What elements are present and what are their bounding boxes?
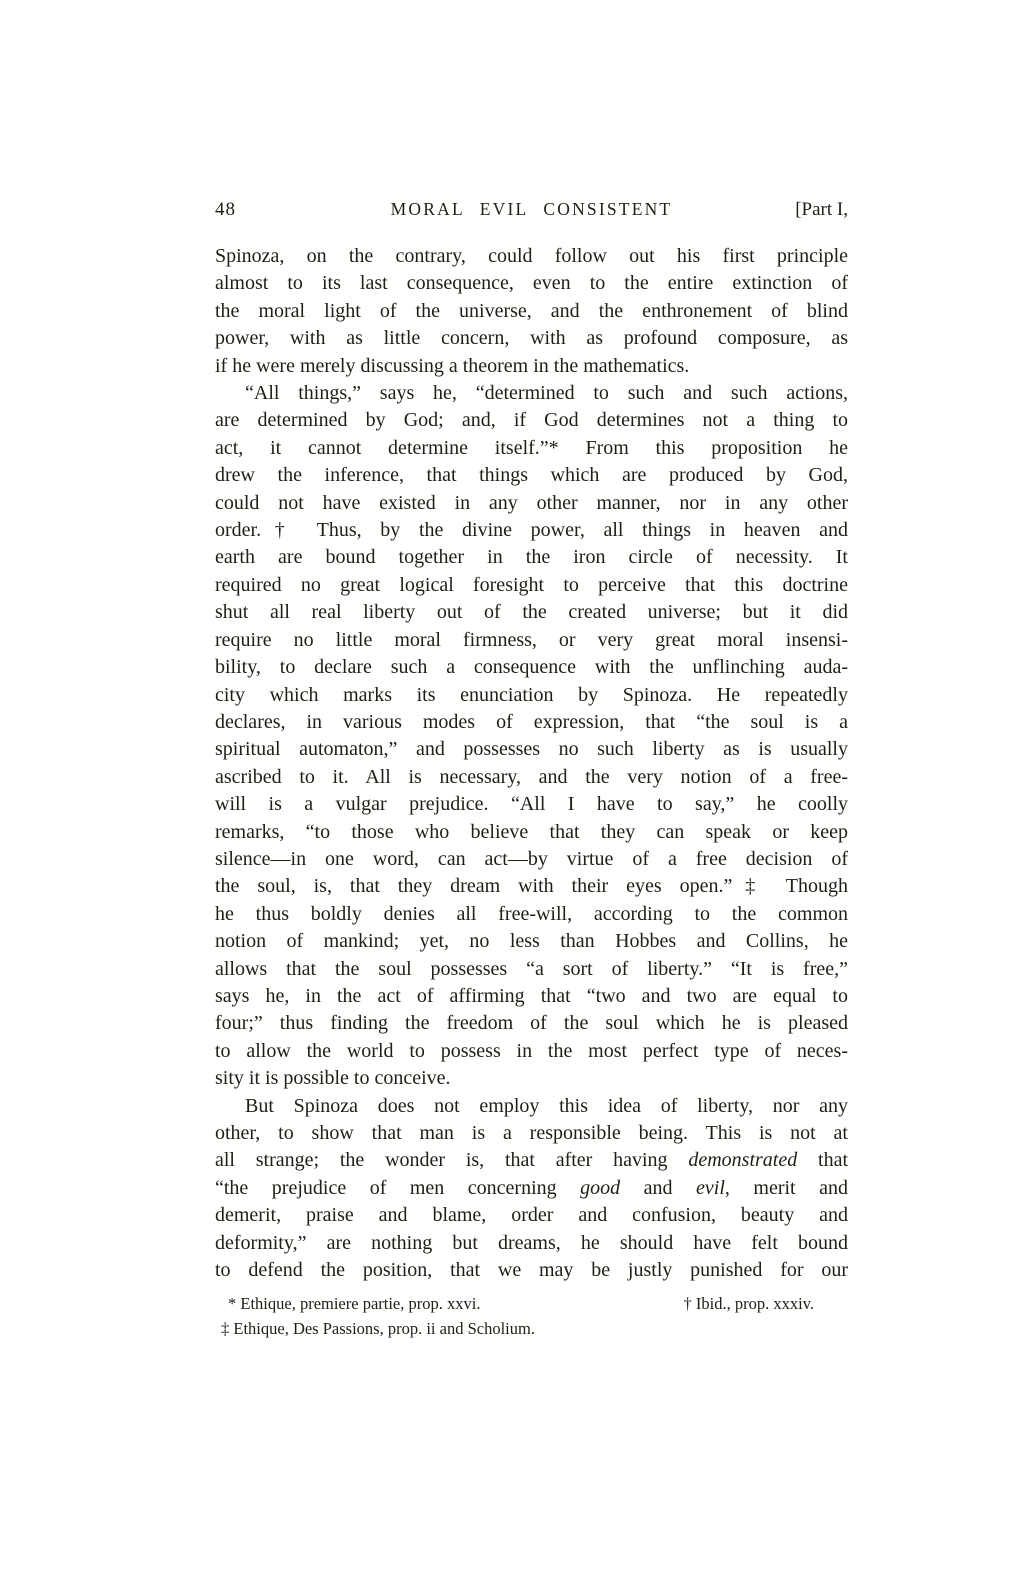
text-line: power, with as little concern, with as p… (215, 325, 848, 352)
paragraph: Spinoza, on the contrary, could follow o… (215, 243, 848, 380)
text-line: spiritual automaton,” and possesses no s… (215, 736, 848, 763)
footnote-dagger: † Ibid., prop. xxxiv. (684, 1291, 814, 1316)
text-line: could not have existed in any other mann… (215, 490, 848, 517)
text-line: allows that the soul possesses “a sort o… (215, 956, 848, 983)
text-line: order.† Thus, by the divine power, all t… (215, 517, 848, 544)
text-line: almost to its last consequence, even to … (215, 270, 848, 297)
text-line: other, to show that man is a responsible… (215, 1120, 848, 1147)
footnote-row: ‡ Ethique, Des Passions, prop. ii and Sc… (215, 1316, 848, 1341)
text-line: city which marks its enunciation by Spin… (215, 682, 848, 709)
footnote-row: * Ethique, premiere partie, prop. xxvi. … (215, 1291, 848, 1316)
text-line: sity it is possible to conceive. (215, 1065, 848, 1092)
text-line: Spinoza, on the contrary, could follow o… (215, 243, 848, 270)
paragraph: But Spinoza does not employ this idea of… (215, 1093, 848, 1285)
text-line: the moral light of the universe, and the… (215, 298, 848, 325)
text-line: require no little moral firmness, or ver… (215, 627, 848, 654)
footnote-asterisk: * Ethique, premiere partie, prop. xxvi. (228, 1291, 480, 1316)
text-line: declares, in various modes of expression… (215, 709, 848, 736)
text-line: will is a vulgar prejudice. “All I have … (215, 791, 848, 818)
text-line: earth are bound together in the iron cir… (215, 544, 848, 571)
text-line: are determined by God; and, if God deter… (215, 407, 848, 434)
text-line: all strange; the wonder is, that after h… (215, 1147, 848, 1174)
text-line: required no great logical foresight to p… (215, 572, 848, 599)
text-line: shut all real liberty out of the created… (215, 599, 848, 626)
text-line: bility, to declare such a consequence wi… (215, 654, 848, 681)
text-line: “All things,” says he, “determined to su… (215, 380, 848, 407)
text-line: demerit, praise and blame, order and con… (215, 1202, 848, 1229)
text-line: to defend the position, that we may be j… (215, 1257, 848, 1284)
running-title: MORAL EVIL CONSISTENT (310, 199, 753, 220)
paragraph: “All things,” says he, “determined to su… (215, 380, 848, 1093)
text-line: four;” thus finding the freedom of the s… (215, 1010, 848, 1037)
text-line: drew the inference, that things which ar… (215, 462, 848, 489)
text-line: But Spinoza does not employ this idea of… (215, 1093, 848, 1120)
text-line: to allow the world to possess in the mos… (215, 1038, 848, 1065)
text-line: he thus boldly denies all free-will, acc… (215, 901, 848, 928)
page-number: 48 (215, 199, 310, 221)
part-label: [Part I, (753, 199, 848, 221)
footnote-double-dagger: ‡ Ethique, Des Passions, prop. ii and Sc… (221, 1319, 535, 1338)
text-line: the soul, is, that they dream with their… (215, 873, 848, 900)
text-line: silence—in one word, can act—by virtue o… (215, 846, 848, 873)
text-line: if he were merely discussing a theorem i… (215, 353, 848, 380)
body-text: Spinoza, on the contrary, could follow o… (215, 243, 848, 1284)
text-line: ascribed to it. All is necessary, and th… (215, 764, 848, 791)
text-line: notion of mankind; yet, no less than Hob… (215, 928, 848, 955)
text-line: act, it cannot determine itself.”* From … (215, 435, 848, 462)
text-line: remarks, “to those who believe that they… (215, 819, 848, 846)
footnotes: * Ethique, premiere partie, prop. xxvi. … (215, 1291, 848, 1341)
text-line: “the prejudice of men concerning good an… (215, 1175, 848, 1202)
text-line: deformity,” are nothing but dreams, he s… (215, 1230, 848, 1257)
page-header: 48 MORAL EVIL CONSISTENT [Part I, (215, 199, 848, 221)
text-line: says he, in the act of affirming that “t… (215, 983, 848, 1010)
book-page: 48 MORAL EVIL CONSISTENT [Part I, Spinoz… (0, 0, 1011, 1580)
